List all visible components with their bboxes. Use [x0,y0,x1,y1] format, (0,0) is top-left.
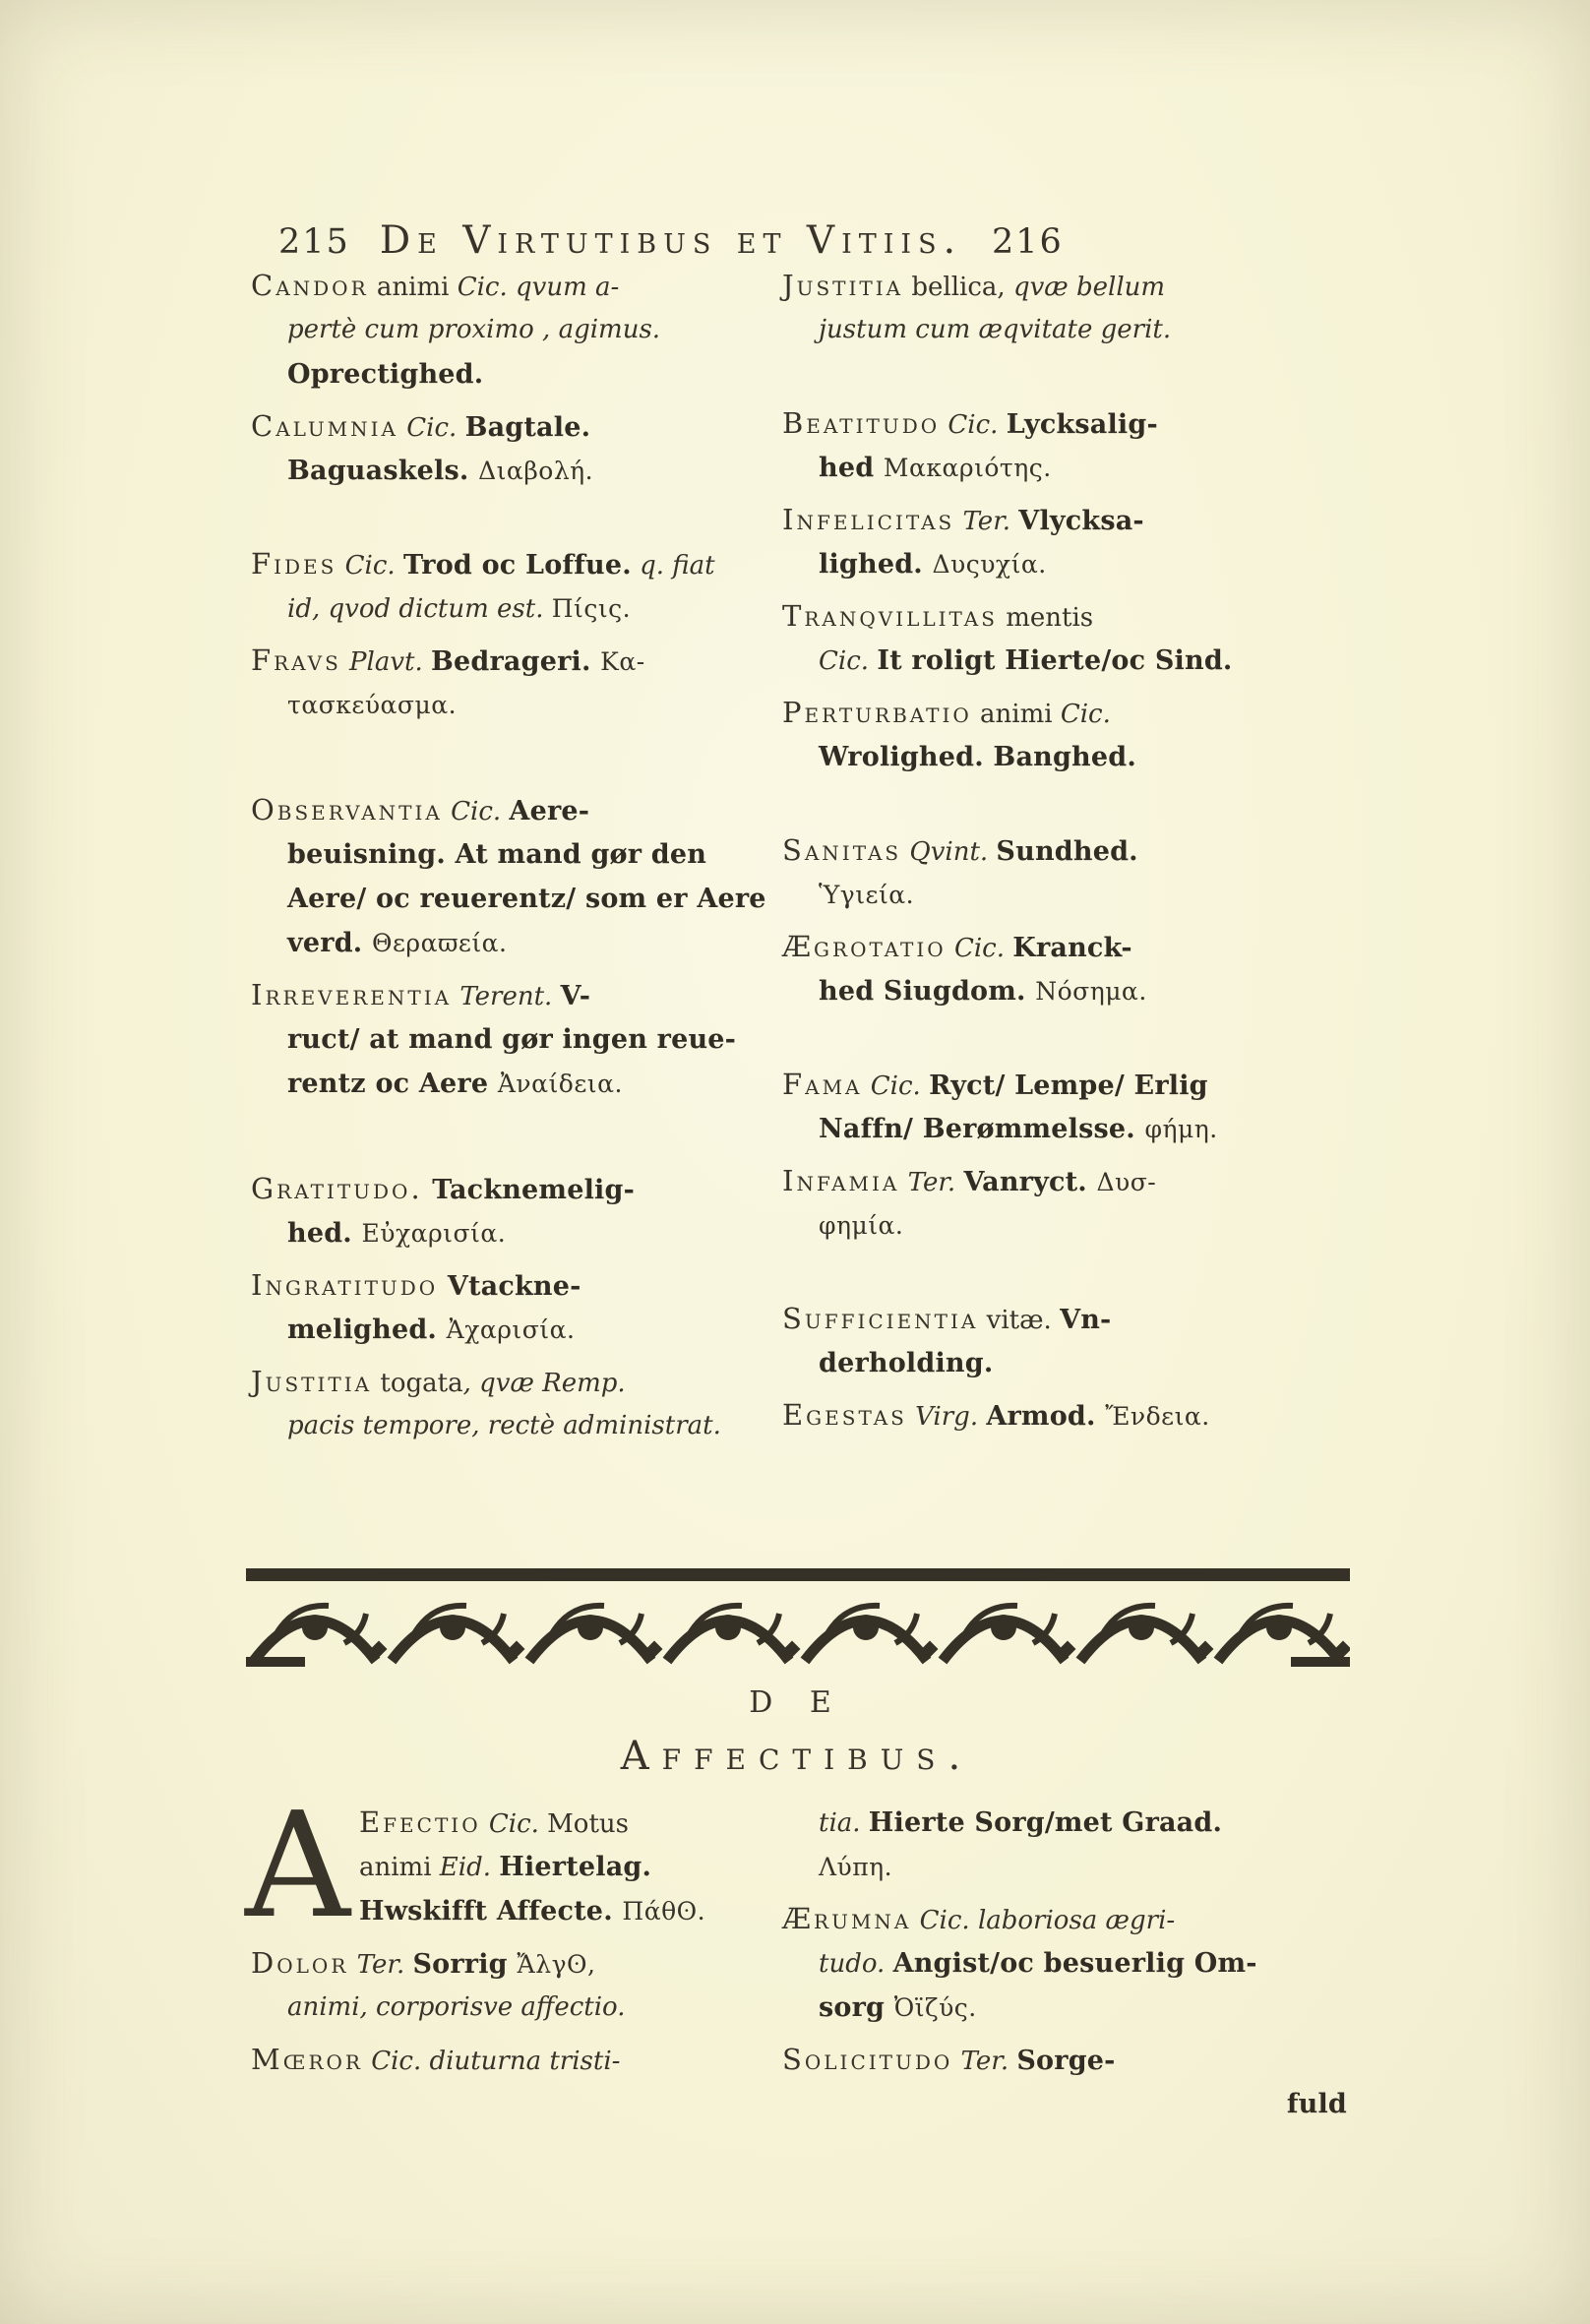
text-line: Perturbatio animi Cic. [782,691,1351,735]
italic-run: Ter. [348,1950,412,1980]
entry-gratitudo: Gratitudo. Tacknemelig- hed. Εὐχαρισία. [251,1167,782,1255]
fraktur-run: Hwskifft Affecte. [359,1896,622,1926]
fraktur-run: Wrolighed. Banghed. [819,742,1136,772]
roman-run: animi [369,273,458,302]
drop-cap-a: A [245,1806,350,1925]
catchword-line: fuld [782,2082,1351,2126]
greek-run: Διαβολή. [478,457,593,485]
headword-run: Sufficientia [782,1302,978,1335]
italic-run: Cic. laboriosa ægri- [911,1906,1175,1935]
italic-run: Plavt. [341,647,431,677]
greek-run: Ἄλγʘ, [517,1950,595,1979]
text-line: Infelicitas Ter. Vlycksa- [782,498,1351,542]
roman-run: bellica, [903,273,1013,302]
text-line: Egestas Virg. Armod. Ἔνδεια. [782,1393,1351,1437]
greek-run: τασκεύασμα. [287,691,457,719]
entry-sanitas: Sanitas Qvint. Sundhed. Ὑγιεία. [782,828,1351,917]
text-line: tia. Hierte Sorg/met Graad. [782,1801,1351,1845]
entry-justitia-togata: Justitia togata, qvæ Remp. pacis tempore… [251,1360,782,1448]
roman-run: animi [972,700,1061,729]
fraktur-run: fuld [1287,2089,1347,2119]
text-line: Infamia Ter. Vanryct. Δυσ- [782,1159,1351,1203]
italic-run: Cic. [940,410,1007,440]
italic-run: Cic. qvum a- [458,273,620,302]
headword-run: Dolor [251,1946,348,1980]
main-text-columns: Candor animi Cic. qvum a- pertè cum prox… [251,264,1351,1448]
italic-run: Ter. [899,1168,963,1197]
greek-run: Ἀχαρισία. [447,1315,576,1344]
entry-calumnia: Calumnia Cic. Bagtale. Baguaskels. Διαβο… [251,404,782,493]
entry-moeror-continuation: tia. Hierte Sorg/met Graad. Λύπη. [782,1801,1351,1889]
headword-run: Perturbatio [782,696,972,729]
fraktur-run: Vtackne- [438,1271,581,1302]
italic-run: pertè cum proximo , agimus. [287,315,660,344]
text-line: melighed. Ἀχαρισία. [251,1308,782,1352]
section-de: D E [246,1685,1348,1720]
fraktur-run: Baguaskels. [287,456,478,486]
headword-run: Beatitudo [782,406,940,440]
bottom-right-column: tia. Hierte Sorg/met Graad. Λύπη. Ærumna… [782,1801,1351,2126]
headword-run: Solicitudo [782,2043,952,2076]
entry-afectio: A Efectio Cic. Motus animi Eid. Hiertela… [251,1801,782,1933]
entry-moeror: Mœror Cic. diuturna tristi- [251,2038,782,2082]
fraktur-run: Sorge- [1016,2046,1115,2076]
text-line: derholding. [782,1341,1351,1385]
fraktur-run: ruct/ at mand gør ingen reue- [287,1024,736,1055]
entry-fama: Fama Cic. Ryct/ Lempe/ Erlig Naffn/ Berø… [782,1063,1351,1151]
italic-run: justum cum æqvitate gerit. [819,315,1171,344]
entry-infelicitas: Infelicitas Ter. Vlycksa- lighed. Δυςυχί… [782,498,1351,586]
headword-run: Observantia [251,793,443,826]
headword-run: Candor [251,269,369,302]
italic-run: Terent. [452,982,561,1011]
headword-run: Efectio [359,1805,481,1839]
fraktur-run: Kranck- [1012,933,1131,963]
left-column: Candor animi Cic. qvum a- pertè cum prox… [251,264,782,1448]
fraktur-run: lighed. [819,549,932,580]
roman-run: vitæ. [978,1306,1060,1335]
italic-run: Cic. [1061,700,1111,729]
italic-run: Virg. [907,1402,987,1432]
text-line: animi Eid. Hiertelag. [359,1845,782,1889]
italic-run: animi, corporisve affectio. [287,1992,626,2022]
italic-run: Cic. [336,551,403,581]
text-line: verd. Θεραϖεία. [251,921,782,965]
fraktur-run: Lycksalig- [1007,409,1158,440]
text-line: ruct/ at mand gør ingen reue- [251,1017,782,1062]
headword-run: Fravs [251,643,341,677]
italic-run: tia. [819,1808,869,1838]
italic-run: Cic. [398,413,465,443]
fraktur-run: hed Siugdom. [819,976,1035,1007]
floral-ornament-band [246,1566,1350,1673]
fraktur-run: Trod oc Loffue. [403,550,632,581]
text-line: Ægrotatio Cic. Kranck- [782,925,1351,969]
italic-run: , qvæ Remp. [463,1369,626,1398]
text-line: Aere/ oc reuerentz/ som er Aere [251,877,782,921]
greek-run: Μακαριότης. [884,454,1052,482]
text-line: pacis tempore, rectè administrat. [251,1404,782,1448]
text-line: Wrolighed. Banghed. [782,735,1351,779]
text-line: pertè cum proximo , agimus. [251,308,782,352]
text-line: Ærumna Cic. laboriosa ægri- [782,1897,1351,1941]
text-line: Hwskifft Affecte. Πάθʘ. [359,1889,782,1933]
text-line: Fravs Plavt. Bedrageri. Κα- [251,639,782,683]
text-line: sorg Ὀϊζύς. [782,1986,1351,2030]
entry-sufficientia: Sufficientia vitæ. Vn- derholding. [782,1297,1351,1385]
italic-run: tudo. [819,1949,893,1979]
italic-run: Cic. [819,646,877,676]
entry-candor: Candor animi Cic. qvum a- pertè cum prox… [251,264,782,397]
headword-run: Gratitudo. [251,1172,423,1205]
text-line: Gratitudo. Tacknemelig- [251,1167,782,1211]
headword-run: Sanitas [782,833,901,867]
fraktur-run: Tacknemelig- [423,1175,635,1205]
greek-run: φήμη. [1144,1115,1217,1143]
roman-run: animi [359,1853,440,1882]
entry-beatitudo: Beatitudo Cic. Lycksalig- hed Μακαριότης… [782,401,1351,490]
fraktur-run: melighed. [287,1315,447,1345]
text-line: Beatitudo Cic. Lycksalig- [782,401,1351,446]
italic-run: Cic. diuturna tristi- [363,2047,621,2076]
fraktur-run: It roligt Hierte/oc Sind. [877,645,1232,676]
greek-run: φημία. [819,1211,903,1240]
text-line: Candor animi Cic. qvum a- [251,264,782,308]
fraktur-run: Hiertelag. [499,1852,651,1882]
headword-run: Infamia [782,1164,899,1197]
fraktur-run: rentz oc Aere [287,1069,498,1099]
italic-run: Ter. [952,2047,1016,2076]
text-line: Justitia togata, qvæ Remp. [251,1360,782,1404]
entry-aegrotatio: Ægrotatio Cic. Kranck- hed Siugdom. Νόση… [782,925,1351,1013]
headword-run: Justitia [782,269,903,302]
italic-run: Cic. [947,934,1013,963]
entry-fravs: Fravs Plavt. Bedrageri. Κα- τασκεύασμα. [251,639,782,727]
entry-infamia: Infamia Ter. Vanryct. Δυσ- φημία. [782,1159,1351,1248]
fraktur-run: Hierte Sorg/met Graad. [869,1807,1222,1838]
text-line: Justitia bellica, qvæ bellum [782,264,1351,308]
headword-run: Mœror [251,2043,363,2076]
headword-run: Ægrotatio [782,930,947,963]
text-line: Fides Cic. Trod oc Loffue. q. fiat [251,542,782,586]
greek-run: Λύπη. [819,1853,892,1881]
text-line: Sanitas Qvint. Sundhed. [782,828,1351,873]
fraktur-run: Vn- [1060,1305,1111,1335]
italic-run: pacis tempore, rectè administrat. [287,1411,721,1440]
headword-run: Irreverentia [251,978,452,1011]
greek-run: Δυςυχία. [932,550,1046,579]
text-line: Efectio Cic. Motus [359,1801,782,1845]
fraktur-run: hed [819,453,884,483]
text-line: Sufficientia vitæ. Vn- [782,1297,1351,1341]
italic-run: Qvint. [901,837,996,867]
section-title-affectibus: Affectibus. [246,1734,1348,1779]
fraktur-run: sorg [819,1992,894,2023]
text-line: Irreverentia Terent. V- [251,973,782,1017]
text-line: hed. Εὐχαρισία. [251,1211,782,1255]
headword-run: Egestas [782,1398,907,1432]
entry-perturbatio: Perturbatio animi Cic. Wrolighed. Banghe… [782,691,1351,779]
text-line: φημία. [782,1203,1351,1248]
text-line: hed Μακαριότης. [782,446,1351,490]
italic-run: Cic. [863,1071,930,1101]
text-line: Solicitudo Ter. Sorge- [782,2038,1351,2082]
text-line: hed Siugdom. Νόσημα. [782,969,1351,1013]
greek-run: Ἀναίδεια. [498,1070,623,1098]
text-line: animi, corporisve affectio. [251,1986,782,2030]
entry-egestas: Egestas Virg. Armod. Ἔνδεια. [782,1393,1351,1437]
greek-run: Ὀϊζύς. [894,1993,977,2022]
page-number-left: 215 [278,222,350,262]
greek-run: Εὐχαρισία. [362,1219,507,1248]
entry-aerumna: Ærumna Cic. laboriosa ægri- tudo. Angist… [782,1897,1351,2030]
running-head: 215 De Virtutibus et Vitiis. 216 [278,218,1064,263]
text-line: Tranqvillitas mentis [782,594,1351,639]
text-line: Calumnia Cic. Bagtale. [251,404,782,449]
fraktur-run: verd. [287,928,372,958]
entry-ingratitudo: Ingratitudo Vtackne- melighed. Ἀχαρισία. [251,1263,782,1352]
text-line: tudo. Angist/oc besuerlig Om- [782,1941,1351,1986]
entry-fides: Fides Cic. Trod oc Loffue. q. fiat id, q… [251,542,782,631]
italic-run: Ter. [954,507,1018,536]
text-line: Λύπη. [782,1845,1351,1889]
italic-run: id, qvod dictum est. [287,594,552,624]
fraktur-run: derholding. [819,1348,993,1378]
text-line: justum cum æqvitate gerit. [782,308,1351,352]
fraktur-run: Sundhed. [996,836,1137,867]
headword-run: Calumnia [251,409,398,443]
roman-run: mentis [998,603,1093,633]
entry-justitia-bellica: Justitia bellica, qvæ bellum justum cum … [782,264,1351,352]
fraktur-run: Sorrig [412,1949,517,1980]
fraktur-run: Naffn/ Berømmelsse. [819,1114,1144,1144]
headword-run: Justitia [251,1365,372,1398]
fraktur-run: hed. [287,1218,362,1249]
greek-run: Νόσημα. [1035,977,1147,1006]
fraktur-run: beuisning. At mand gør den [287,839,706,870]
fraktur-run: Bedrageri. [431,646,600,677]
italic-run: Eid. [440,1853,499,1882]
fraktur-run: Aere- [509,796,589,826]
text-line: Cic. It roligt Hierte/oc Sind. [782,639,1351,683]
fraktur-run: Bagtale. [465,412,591,443]
greek-run: Πάθʘ. [622,1897,705,1926]
fraktur-run: Ryct/ Lempe/ Erlig [929,1070,1208,1101]
entry-dolor: Dolor Ter. Sorrig Ἄλγʘ, animi, corporisv… [251,1941,782,2030]
text-line: beuisning. At mand gør den [251,832,782,877]
text-line: τασκεύασμα. [251,683,782,727]
greek-run: Δυσ- [1096,1168,1156,1196]
text-line: lighed. Δυςυχία. [782,542,1351,586]
bottom-text-columns: A Efectio Cic. Motus animi Eid. Hiertela… [251,1801,1351,2126]
headword-run: Tranqvillitas [782,599,998,633]
headword-run: Infelicitas [782,503,954,536]
greek-run: Κα- [600,647,645,676]
fraktur-run: Vanryct. [963,1167,1096,1197]
text-line: rentz oc Aere Ἀναίδεια. [251,1062,782,1106]
text-line: Ingratitudo Vtackne- [251,1263,782,1308]
italic-run: Cic. [443,797,510,826]
page-number-right: 216 [992,222,1064,262]
fraktur-run: Aere/ oc reuerentz/ som er Aere [287,884,766,914]
text-line: Fama Cic. Ryct/ Lempe/ Erlig [782,1063,1351,1107]
book-page: 215 De Virtutibus et Vitiis. 216 Candor … [0,0,1590,2324]
text-line: Mœror Cic. diuturna tristi- [251,2038,782,2082]
headword-run: Fides [251,547,336,581]
text-line: id, qvod dictum est. Πίςις. [251,586,782,631]
greek-run: Ὑγιεία. [819,881,914,909]
headword-run: Ærumna [782,1902,911,1935]
italic-run: Cic. [481,1809,548,1839]
entry-irreverentia: Irreverentia Terent. V- ruct/ at mand gø… [251,973,782,1106]
italic-run: q. fiat [632,551,715,581]
roman-run: Motus [547,1809,629,1839]
roman-run: togata [372,1369,462,1398]
fraktur-run: Vlycksa- [1018,506,1144,536]
fraktur-run: V- [561,981,591,1011]
entry-observantia: Observantia Cic. Aere- beuisning. At man… [251,788,782,965]
entry-tranqvillitas: Tranqvillitas mentis Cic. It roligt Hier… [782,594,1351,683]
page-title: De Virtutibus et Vitiis. [380,218,962,263]
fraktur-run: Oprectighed. [287,359,483,390]
italic-run: qvæ bellum [1013,273,1165,302]
text-line: Oprectighed. [251,352,782,397]
text-line: Naffn/ Berømmelsse. φήμη. [782,1107,1351,1151]
text-line: Ὑγιεία. [782,873,1351,917]
text-line: Baguaskels. Διαβολή. [251,449,782,493]
text-line: Observantia Cic. Aere- [251,788,782,832]
greek-run: Θεραϖεία. [372,929,508,957]
bottom-left-column: A Efectio Cic. Motus animi Eid. Hiertela… [251,1801,782,2126]
right-column: Justitia bellica, qvæ bellum justum cum … [782,264,1351,1448]
headword-run: Ingratitudo [251,1268,438,1302]
fraktur-run: Armod. [986,1401,1105,1432]
fraktur-run: Angist/oc besuerlig Om- [893,1948,1257,1979]
greek-run: Ἔνδεια. [1105,1402,1210,1431]
entry-solicitudo: Solicitudo Ter. Sorge- fuld [782,2038,1351,2126]
greek-run: Πίςις. [552,594,631,623]
headword-run: Fama [782,1068,863,1101]
